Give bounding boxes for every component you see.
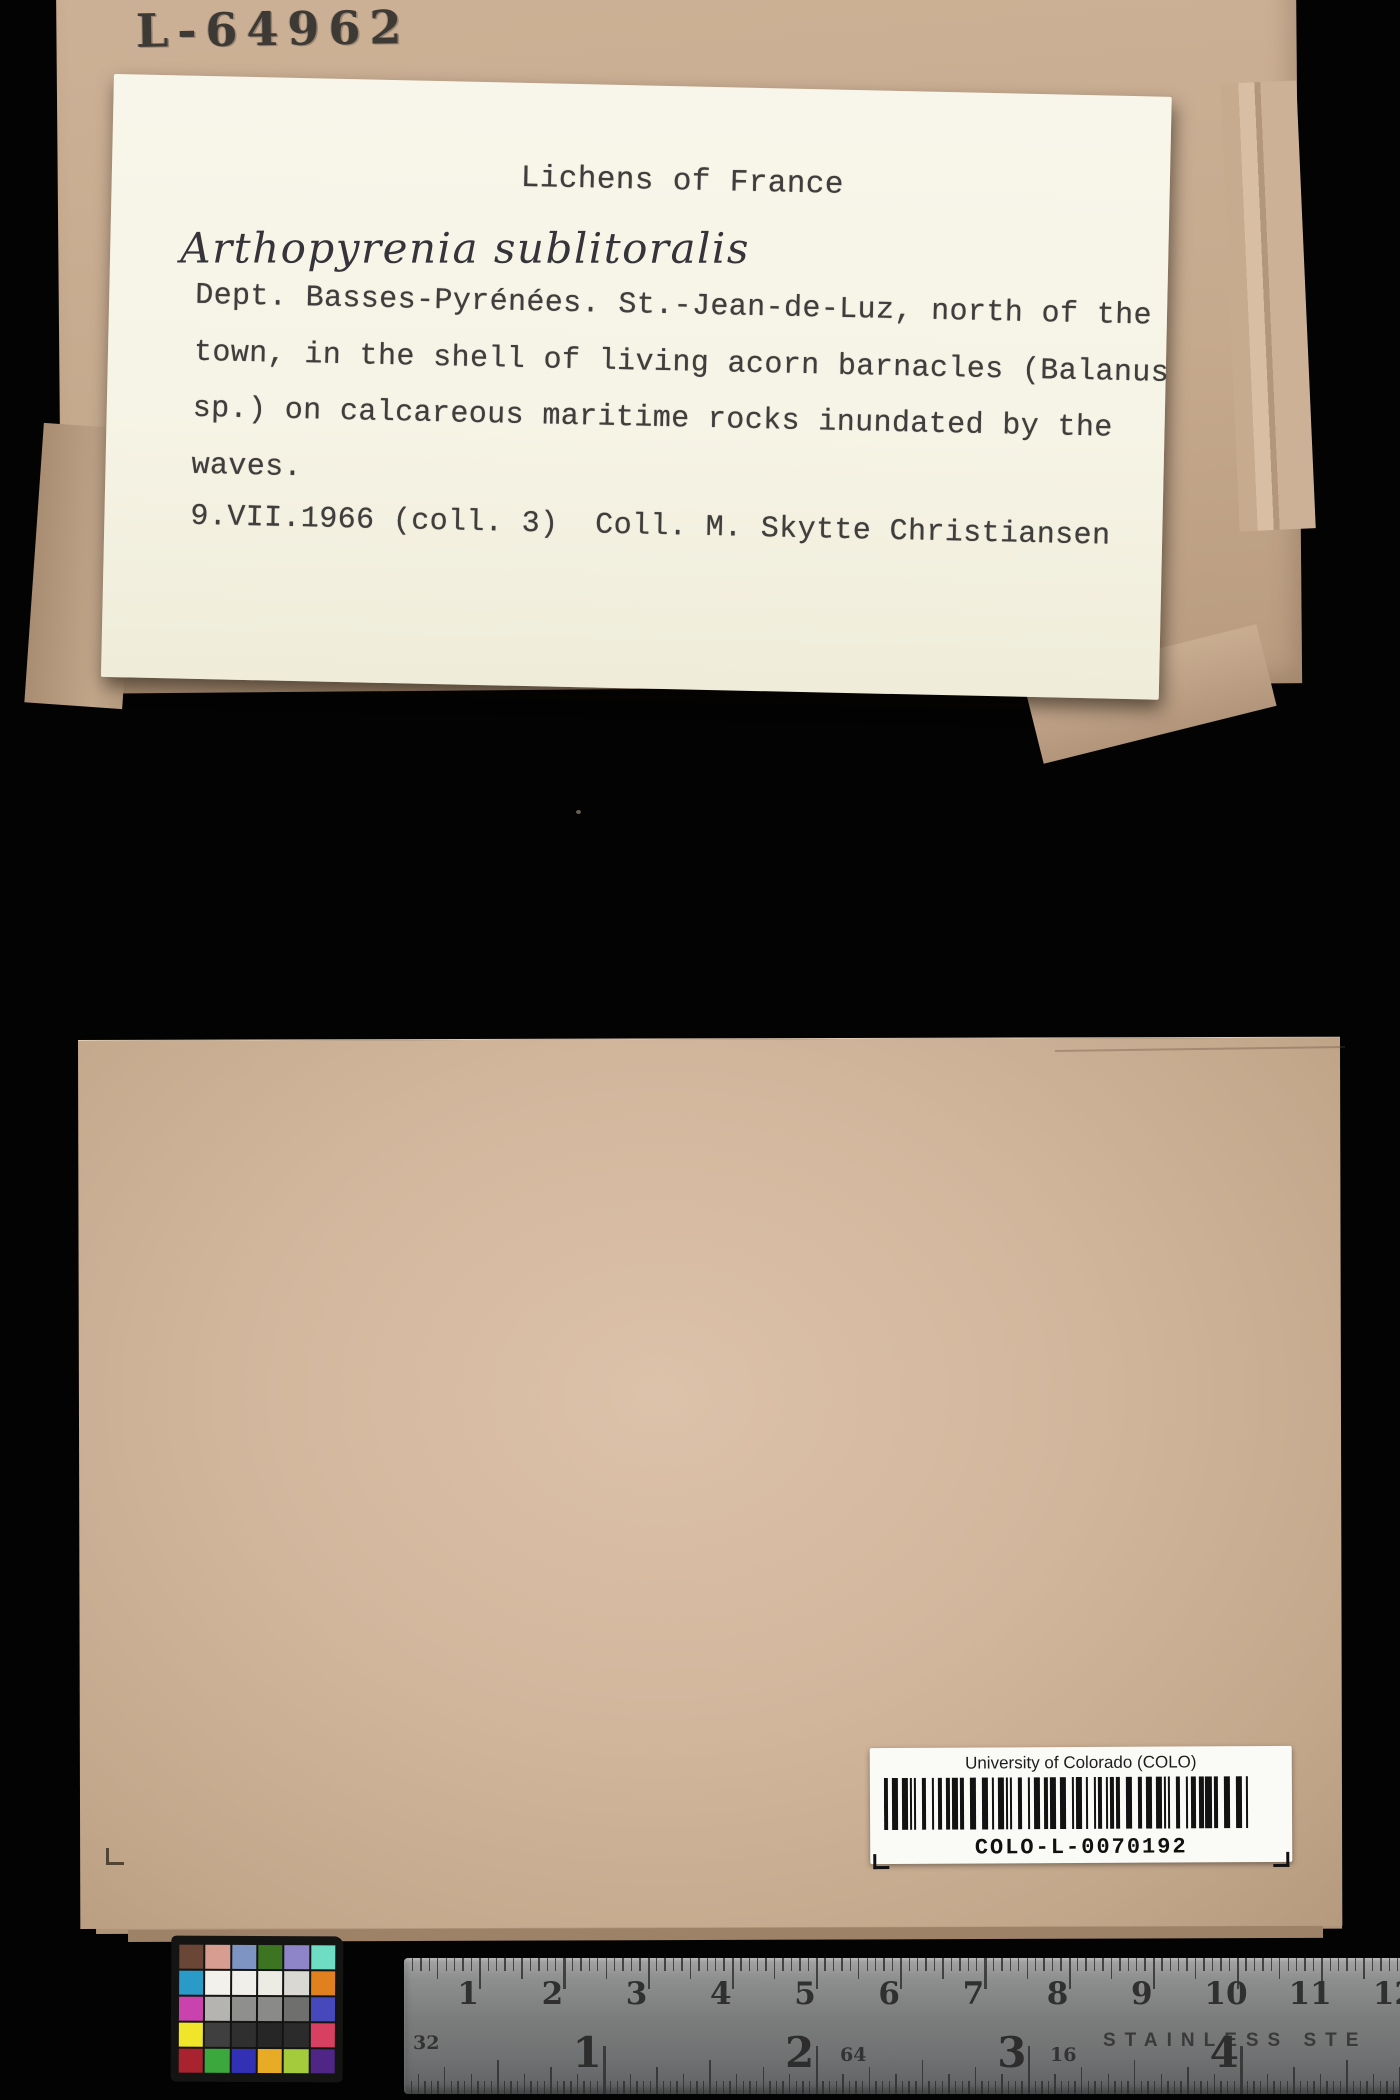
ruler-tick [1212,1958,1213,1971]
ruler-inch-number: 1 [552,2028,622,2077]
ruler-fraction-label: 16 [1050,2044,1076,2066]
ruler-tick [882,2081,883,2094]
ruler-tick [1180,2081,1181,2094]
color-swatch [258,1997,282,2021]
ruler-tick [1035,1958,1036,1971]
ruler-tick [824,1958,825,1971]
ruler-tick [1178,1958,1179,1971]
ruler-tick [639,1958,640,1971]
ruler-tick [1366,2081,1367,2094]
ruler-tick [1061,2081,1062,2094]
ruler-tick [437,2081,438,2094]
barcode-bar [1076,1777,1083,1829]
ruler-tick [614,1958,615,1971]
ruler-tick [740,1958,741,1971]
ruler-tick [749,1958,750,1971]
ruler-tick [1174,2081,1175,2094]
ruler-tick [723,1958,724,1971]
ruler-tick [765,1958,766,1971]
color-swatch [205,1997,229,2021]
dust-speck [576,810,581,814]
ruler-tick [1060,1958,1061,1971]
ruler-tick [537,2081,538,2094]
barcode-bar [982,1777,989,1829]
color-swatch [206,1945,230,1969]
ruler-tick [917,1958,918,1971]
ruler-tick [1245,1958,1246,1971]
ruler-tick [610,2081,611,2094]
ruler-tick [577,2074,578,2094]
ruler-tick [570,2081,571,2094]
ruler-tick [1108,2074,1109,2094]
accession-number-stamp: L-64962 [136,0,411,58]
ruler-tick [875,2081,876,2094]
ruler-tick [1194,2081,1195,2094]
ruler-tick [1330,1958,1331,1971]
ruler-tick [796,2081,797,2094]
ruler-tick [1203,1958,1204,1971]
ruler-tick [1161,2074,1162,2094]
ruler-tick [855,2081,856,2094]
ruler-tick [446,1958,447,1971]
ruler-tick [530,2081,531,2094]
barcode-number: COLO-L-0070192 [870,1834,1292,1861]
barcode-institution: University of Colorado (COLO) [870,1752,1292,1774]
ruler-inch-number: 3 [977,2028,1047,2077]
ruler-tick [656,1958,657,1971]
ruler-tick [1147,2081,1148,2094]
ruler-tick [1081,2067,1082,2094]
barcode-bar [992,1777,994,1829]
barcode-bar [932,1778,934,1830]
ruler-tick [756,2081,757,2094]
barcode-bar [892,1778,899,1830]
ruler-tick [988,2081,989,2094]
barcode-bar [1235,1776,1242,1828]
barcode-bar [1028,1777,1030,1829]
ruler-tick [496,1958,497,1971]
color-swatch [205,2023,229,2047]
ruler-tick [862,2081,863,2094]
ruler-tick [464,2081,465,2094]
ruler-tick [715,1958,716,1971]
ruler-tick [749,2081,750,2094]
ruler-tick [1346,1958,1347,1971]
ruler-tick [1041,2081,1042,2094]
label-corner-mark [1273,1852,1289,1867]
ruler-tick [1372,1958,1373,1971]
ruler-tick [867,1958,868,1971]
ruler-tick [557,2081,558,2094]
barcode-bar [998,1777,1005,1829]
ruler-tick [822,2081,823,2094]
ruler-tick [1127,2081,1128,2094]
ruler-tick [1300,2081,1301,2094]
ruler-tick [875,1958,876,1971]
ruler-tick [1220,2081,1221,2094]
ruler-fraction-label: 64 [840,2044,866,2066]
color-swatch [179,1971,203,1995]
species-name-handwritten: Arthopyrenia sublitoralis [180,223,750,272]
ruler-tick [1293,2067,1294,2094]
ruler-tick [709,2060,710,2094]
ruler-tick [1207,2081,1208,2094]
ruler-tick [1287,2081,1288,2094]
barcode-bar [1145,1777,1152,1829]
ruler-tick [491,2081,492,2094]
ruler-tick [1271,1958,1272,1971]
ruler-tick [690,2081,691,2094]
ruler-tick [1001,1958,1002,1971]
barcode-bar [1106,1777,1108,1829]
ruler-tick [942,2081,943,2094]
ruler-tick [962,2081,963,2094]
barcode-bar [1072,1777,1074,1829]
ruler-cm-number: 10 [1196,1976,1256,2012]
color-swatch [258,1971,282,1995]
ruler-tick [951,1958,952,1971]
ruler-tick [1229,1958,1230,1971]
ruler-tick [1227,2081,1228,2094]
ruler-tick [1338,1958,1339,1971]
ruler-tick [698,1958,699,1971]
ruler-tick [673,1958,674,1971]
label-body-text: Dept. Basses-Pyrénées. St.-Jean-de-Luz, … [191,279,1171,526]
ruler-tick [412,1958,413,1971]
ruler-tick [959,1958,960,1971]
ruler-tick [915,2081,916,2094]
ruler-tick [1134,2060,1135,2094]
ruler-tick [1043,1958,1044,1971]
ruler-tick [1200,2081,1201,2094]
ruler-tick [1054,2074,1055,2094]
barcode-bar [970,1778,977,1830]
ruler-tick [1119,1958,1120,1971]
color-swatch [179,2023,203,2047]
ruler-tick [681,1958,682,1971]
ruler-cm-number: 9 [1112,1976,1172,2012]
color-swatch [179,1945,203,1969]
ruler-tick [1094,1958,1095,1971]
ruler-tick [849,2081,850,2094]
ruler-tick [580,1958,581,1971]
barcode-bar [922,1778,926,1830]
ruler-tick [1326,2081,1327,2094]
ruler-tick [1008,2081,1009,2094]
barcode-bar [1094,1777,1096,1829]
ruler-tick [656,2067,657,2094]
ruler-tick [471,2074,472,2094]
ruler-tick [829,2081,830,2094]
ruler-cm-number: 8 [1028,1976,1088,2012]
ruler-tick [1304,1958,1305,1971]
ruler-tick [703,2081,704,2094]
barcode-bar [1116,1777,1120,1829]
ruler-tick [1077,1958,1078,1971]
ruler-tick [808,1958,809,1971]
ruler-tick [802,2081,803,2094]
ruler-tick [968,1958,969,1971]
ruler-tick [1288,1958,1289,1971]
ruler-tick [1144,1958,1145,1971]
ruler-tick [1035,2081,1036,2094]
ruler-tick [1102,1958,1103,1971]
ruler-tick [555,1958,556,1971]
barcode-bar [946,1778,950,1830]
ruler-tick [841,1958,842,1971]
barcode [884,1776,1278,1830]
ruler-tick [1186,1958,1187,1971]
ruler-tick [1253,2081,1254,2094]
ruler-tick [925,1958,926,1971]
ruler-inch-number: 2 [765,2028,835,2077]
barcode-bar [1191,1776,1195,1828]
ruler-tick [663,2081,664,2094]
ruler-tick [617,2081,618,2094]
color-swatch [311,1997,335,2021]
ruler-tick [902,2081,903,2094]
ruler-tick [1088,2081,1089,2094]
ruler-tick [650,2081,651,2094]
ruler-tick [451,2081,452,2094]
barcode-bar [1156,1777,1163,1829]
ruler-tick [1094,2081,1095,2094]
ruler-tick [418,2074,419,2094]
color-swatch [311,1971,335,1995]
color-swatch [258,2049,282,2073]
ruler-tick [513,1958,514,1971]
ruler-tick [723,2081,724,2094]
ruler-tick [707,1958,708,1971]
barcode-bar [1175,1776,1179,1828]
ruler-fraction-label: 32 [413,2032,439,2054]
ruler-tick [889,2081,890,2094]
ruler-tick [1273,2081,1274,2094]
ruler-tick [597,1958,598,1971]
barcode-bar [1168,1777,1170,1829]
ruler-tick [431,2081,432,2094]
ruler-tick [895,2074,896,2094]
ruler-tick [908,2081,909,2094]
ruler-tick [883,1958,884,1971]
ruler-tick [799,1958,800,1971]
ruler-cm-number: 12 [1364,1976,1400,2012]
ruler-cm-number: 5 [775,1976,835,2012]
ruler-tick [1254,1958,1255,1971]
ruler-tick [1393,2081,1394,2094]
barcode-bar [1050,1777,1057,1829]
ruler-tick [1296,1958,1297,1971]
packet-corner-mark [106,1848,124,1865]
barcode-bar [938,1778,942,1830]
ruler-tick [1346,2060,1347,2094]
ruler-tick [976,1958,977,1971]
ruler-tick [1154,2081,1155,2094]
ruler-tick [716,2081,717,2094]
ruler-tick [1001,2074,1002,2094]
ruler-tick [1340,2081,1341,2094]
ruler-cm-number: 3 [607,1976,667,2012]
ruler-tick [782,1958,783,1971]
ruler-tick [1074,2081,1075,2094]
ruler-tick [1333,2081,1334,2094]
color-swatch [311,1945,335,1969]
ruler-inch-number: 4 [1189,2028,1259,2077]
ruler-tick [462,1958,463,1971]
ruler-tick [1380,1958,1381,1971]
ruler-tick [670,2081,671,2094]
ruler-tick [572,1958,573,1971]
color-swatch [284,1997,308,2021]
ruler-tick [1161,1958,1162,1971]
barcode-bar [914,1778,916,1830]
ruler-tick [1220,1958,1221,1971]
ruler-tick [1068,2081,1069,2094]
color-swatch [232,1945,256,1969]
ruler-tick [484,2081,485,2094]
ruler-cm-number: 2 [522,1976,582,2012]
color-swatch [258,2023,282,2047]
ruler-tick [524,2074,525,2094]
barcode-bar [1033,1777,1040,1829]
ruler-tick [504,1958,505,1971]
label-card: Lichens of France Arthopyrenia sublitora… [101,74,1172,700]
ruler-tick [643,2081,644,2094]
barcode-bar [1010,1777,1012,1829]
barcode-bar [1125,1777,1132,1829]
color-swatch [285,1945,309,1969]
color-swatch [232,1971,256,1995]
ruler-tick [833,1958,834,1971]
barcode-bar [1006,1777,1008,1829]
ruler-tick [995,2081,996,2094]
ruler-tick [968,2081,969,2094]
ruler-tick [1141,2081,1142,2094]
ruler-tick [1267,2074,1268,2094]
ruler-tick [563,2081,564,2094]
color-swatch [179,2049,203,2073]
ruler-tick [696,2081,697,2094]
ruler-tick [454,1958,455,1971]
specimen-photo: L-64962 Lichens of France Arthopyrenia s… [0,0,1400,2100]
color-checker-grid [179,1945,336,2074]
ruler-tick [809,2081,810,2094]
color-swatch [179,1997,203,2021]
ruler-tick [757,1958,758,1971]
ruler-tick [683,2074,684,2094]
ruler-tick [769,2081,770,2094]
ruler-tick [935,2081,936,2094]
ruler-tick [488,1958,489,1971]
ruler-tick [676,2081,677,2094]
barcode-bar [884,1778,888,1830]
ruler-tick [583,2081,584,2094]
ruler-tick [1214,2074,1215,2094]
color-swatch [310,2049,334,2073]
barcode-bar [1044,1777,1048,1829]
ruler-tick [530,1958,531,1971]
ruler-tick [909,1958,910,1971]
barcode-bar [952,1778,959,1830]
ruler-tick [1015,2081,1016,2094]
ruler-tick [1010,1958,1011,1971]
ruler-tick [789,2074,790,2094]
color-swatch [284,2023,308,2047]
ruler-tick [1397,1958,1398,1971]
ruler-tick [510,2081,511,2094]
ruler-tick [1167,2081,1168,2094]
ruler-tick [1128,1958,1129,1971]
ruler-tick [630,2074,631,2094]
ruler-tick [836,2081,837,2094]
ruler-tick [934,1958,935,1971]
ruler-tick [791,1958,792,1971]
ruler-tick [842,2074,843,2094]
barcode-bar [1098,1777,1102,1829]
ruler-tick [1320,2074,1321,2094]
ruler-tick [631,1958,632,1971]
barcode-bar [1060,1777,1067,1829]
ruler-tick [776,2081,777,2094]
color-checker-chart [171,1936,344,2083]
ruler-tick [411,2081,412,2094]
ruler-tick [729,2081,730,2094]
barcode-bar [1018,1777,1022,1829]
barcode-bar [1205,1776,1212,1828]
color-swatch [231,2049,255,2073]
ruler-tick [1386,2081,1387,2094]
ruler-cm-number: 7 [943,1976,1003,2012]
ruler-tick [420,1958,421,1971]
ruler: STAINLESS STE 1234567891011121234326416 [404,1958,1400,2094]
barcode-bar [1164,1777,1166,1829]
ruler-tick [636,2081,637,2094]
ruler-cm-number: 11 [1280,1976,1340,2012]
ruler-tick [948,2074,949,2094]
ruler-tick [589,1958,590,1971]
ruler-tick [1247,2081,1248,2094]
ruler-tick [444,2067,445,2094]
barcode-bar [902,1778,909,1830]
color-swatch [284,2049,308,2073]
barcode-bar [1199,1776,1203,1828]
label-corner-mark [873,1854,889,1869]
ruler-tick [547,1958,548,1971]
ruler-cm-number: 4 [691,1976,751,2012]
ruler-tick [590,2081,591,2094]
label-title: Lichens of France [520,161,844,203]
ruler-tick [1052,1958,1053,1971]
barcode-bar [960,1778,964,1830]
ruler-tick [1085,1958,1086,1971]
ruler-tick [1360,2081,1361,2094]
ruler-tick [1136,1958,1137,1971]
barcode-bar [1245,1776,1247,1828]
color-swatch [232,1997,256,2021]
ruler-tick [736,2074,737,2094]
barcode-bar [910,1778,912,1830]
color-swatch [205,1971,229,1995]
ruler-tick [1234,2081,1235,2094]
ruler-tick [1389,1958,1390,1971]
ruler-tick [497,2060,498,2094]
ruler-tick [993,1958,994,1971]
ruler-tick [623,2081,624,2094]
ruler-tick [1021,2081,1022,2094]
ruler-tick [1260,2081,1261,2094]
color-swatch [310,2023,334,2047]
barcode-bar [1223,1776,1230,1828]
